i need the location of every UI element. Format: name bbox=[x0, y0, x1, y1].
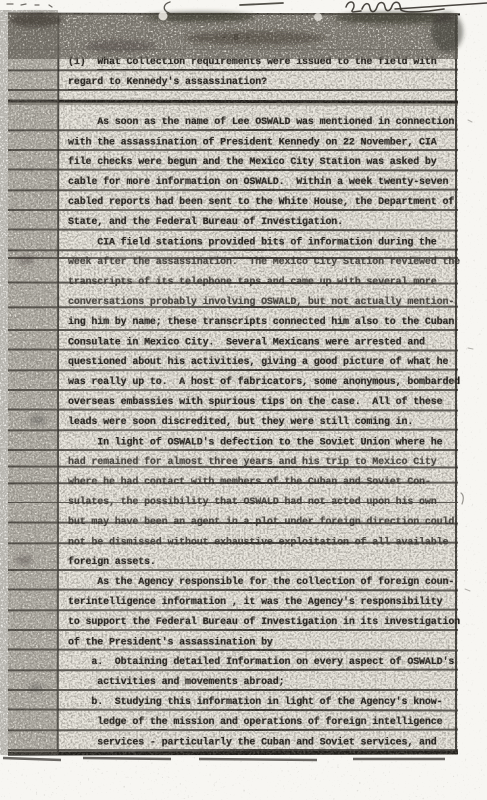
typewritten-text: terintelligence information , it was the… bbox=[68, 596, 442, 609]
typewritten-text: As the Agency responsible for the collec… bbox=[68, 576, 454, 589]
ruled-line bbox=[8, 100, 458, 104]
ruled-line bbox=[8, 69, 458, 71]
document-line: had remained for almost three years and … bbox=[8, 452, 458, 472]
typewritten-text: activities and movements abroad; bbox=[68, 676, 285, 689]
document-line: file checks were begun and the Mexico Ci… bbox=[8, 152, 458, 172]
document-line: was really up to. A host of fabricators,… bbox=[8, 372, 458, 392]
ruled-line bbox=[8, 249, 458, 251]
scanned-document-page: - 8 - (1) What Collection requirements w… bbox=[0, 0, 487, 800]
ruled-line bbox=[8, 729, 458, 731]
ruled-line bbox=[8, 749, 458, 751]
typewritten-text: In light of OSWALD's defection to the So… bbox=[68, 436, 442, 449]
document-line: terintelligence information , it was the… bbox=[8, 592, 458, 612]
ruled-line bbox=[8, 129, 458, 131]
document-line: cable for more information on OSWALD. Wi… bbox=[8, 172, 458, 192]
document-line: sulates, the possibility that OSWALD had… bbox=[8, 492, 458, 512]
ruled-line bbox=[8, 669, 458, 671]
typewritten-text: cabled reports had been sent to the Whit… bbox=[68, 196, 454, 209]
ruled-line bbox=[8, 305, 458, 307]
document-line: State, and the Federal Bureau of Investi… bbox=[8, 212, 458, 232]
document-body: (1) What Collection requirements were is… bbox=[8, 52, 458, 752]
document-line bbox=[8, 92, 458, 112]
ruled-line bbox=[8, 329, 458, 331]
ruled-line bbox=[8, 209, 458, 211]
ruled-line bbox=[8, 229, 458, 232]
typewritten-text: regard to Kennedy's assassination? bbox=[68, 76, 267, 89]
document-line: to support the Federal Bureau of Investi… bbox=[8, 612, 458, 632]
ruled-line bbox=[8, 389, 458, 391]
document-line: activities and movements abroad; bbox=[8, 672, 458, 692]
document-line: of the President's assassination by bbox=[8, 632, 458, 652]
ruled-line bbox=[8, 709, 458, 712]
typewritten-text: ledge of the mission and operations of f… bbox=[68, 716, 442, 729]
ruled-line bbox=[8, 189, 458, 191]
document-line: questioned about his activities, giving … bbox=[8, 352, 458, 372]
document-line: transcripts of its telephone taps and ca… bbox=[8, 272, 458, 292]
ruled-line bbox=[8, 429, 458, 431]
document-line: CIA field stations provided bits of info… bbox=[8, 232, 458, 252]
document-line: conversations probably involving OSWALD,… bbox=[8, 292, 458, 312]
document-line: a. Obtaining detailed Information on eve… bbox=[8, 652, 458, 672]
ruled-line bbox=[8, 349, 458, 352]
document-line: (1) What Collection requirements were is… bbox=[8, 52, 458, 72]
document-line: As the Agency responsible for the collec… bbox=[8, 572, 458, 592]
document-line: leads were soon discredited, but they we… bbox=[8, 412, 458, 432]
typewritten-text: State, and the Federal Bureau of Investi… bbox=[68, 216, 343, 229]
ruled-line bbox=[8, 481, 458, 483]
typewritten-text: As soon as the name of Lee OSWALD was me… bbox=[68, 116, 454, 129]
ruled-line bbox=[8, 521, 458, 524]
ruled-line bbox=[8, 169, 458, 172]
ruled-line bbox=[8, 149, 458, 151]
ruled-line bbox=[8, 569, 458, 571]
ruled-line bbox=[8, 449, 458, 451]
typewritten-text: questioned about his activities, giving … bbox=[68, 356, 448, 369]
typewritten-text: services - particularly the Cuban and So… bbox=[68, 736, 437, 749]
typewritten-text: foreign assets. bbox=[68, 556, 156, 569]
typewritten-text: leads were soon discredited, but they we… bbox=[68, 416, 413, 429]
ruled-line bbox=[8, 257, 458, 259]
ruled-line bbox=[8, 409, 458, 412]
document-line: As soon as the name of Lee OSWALD was me… bbox=[8, 112, 458, 132]
document-line: In light of OSWALD's defection to the So… bbox=[8, 432, 458, 452]
ruled-line bbox=[8, 369, 458, 371]
ruled-line bbox=[8, 629, 458, 631]
document-line: where he had contact with members of the… bbox=[8, 472, 458, 492]
page-number: - 8 - bbox=[221, 32, 251, 45]
typewritten-text: overseas embassies with spurious tips on… bbox=[68, 396, 442, 409]
document-line: week after the assassination. The Mexico… bbox=[8, 252, 458, 272]
ruled-line bbox=[8, 649, 458, 652]
ruled-line bbox=[8, 465, 458, 468]
scan-edge-artifact bbox=[3, 758, 445, 760]
ruled-line bbox=[8, 609, 458, 611]
typewritten-text: to support the Federal Bureau of Investi… bbox=[68, 616, 460, 629]
ruled-line bbox=[8, 689, 458, 691]
document-line: overseas embassies with spurious tips on… bbox=[8, 392, 458, 412]
typewritten-text: cable for more information on OSWALD. Wi… bbox=[68, 176, 448, 189]
document-line: but may have been an agent in a plot und… bbox=[8, 512, 458, 532]
document-line: regard to Kennedy's assassination? bbox=[8, 72, 458, 92]
typewritten-text: Consulate in Mexico City. Several Mexica… bbox=[68, 336, 425, 349]
document-line: cabled reports had been sent to the Whit… bbox=[8, 192, 458, 212]
typewritten-text: with the assassination of President Kenn… bbox=[68, 136, 437, 149]
typewritten-text: was really up to. A host of fabricators,… bbox=[68, 376, 460, 389]
ruled-line bbox=[8, 502, 458, 504]
typewritten-text: of the President's assassination by bbox=[68, 636, 273, 649]
document-line: not be dismissed without exhaustive expl… bbox=[8, 532, 458, 552]
typewritten-text: a. Obtaining detailed Information on eve… bbox=[68, 656, 454, 669]
ruled-line bbox=[8, 281, 458, 284]
document-line: with the assassination of President Kenn… bbox=[8, 132, 458, 152]
document-line: b. Studying this information in light of… bbox=[8, 692, 458, 712]
typewritten-text: ing him by name; these transcripts conne… bbox=[68, 316, 454, 329]
ruled-line bbox=[8, 589, 458, 592]
ruled-line bbox=[8, 541, 458, 543]
typewritten-text: CIA field stations provided bits of info… bbox=[68, 236, 437, 249]
typewritten-text: (1) What Collection requirements were is… bbox=[68, 56, 437, 69]
ruled-line bbox=[8, 89, 458, 91]
document-line: ledge of the mission and operations of f… bbox=[8, 712, 458, 732]
typewritten-text: file checks were begun and the Mexico Ci… bbox=[68, 156, 437, 169]
typewritten-text: b. Studying this information in light of… bbox=[68, 696, 442, 709]
document-line: foreign assets. bbox=[8, 552, 458, 572]
document-line: services - particularly the Cuban and So… bbox=[8, 732, 458, 752]
document-line: Consulate in Mexico City. Several Mexica… bbox=[8, 332, 458, 352]
document-line: ing him by name; these transcripts conne… bbox=[8, 312, 458, 332]
